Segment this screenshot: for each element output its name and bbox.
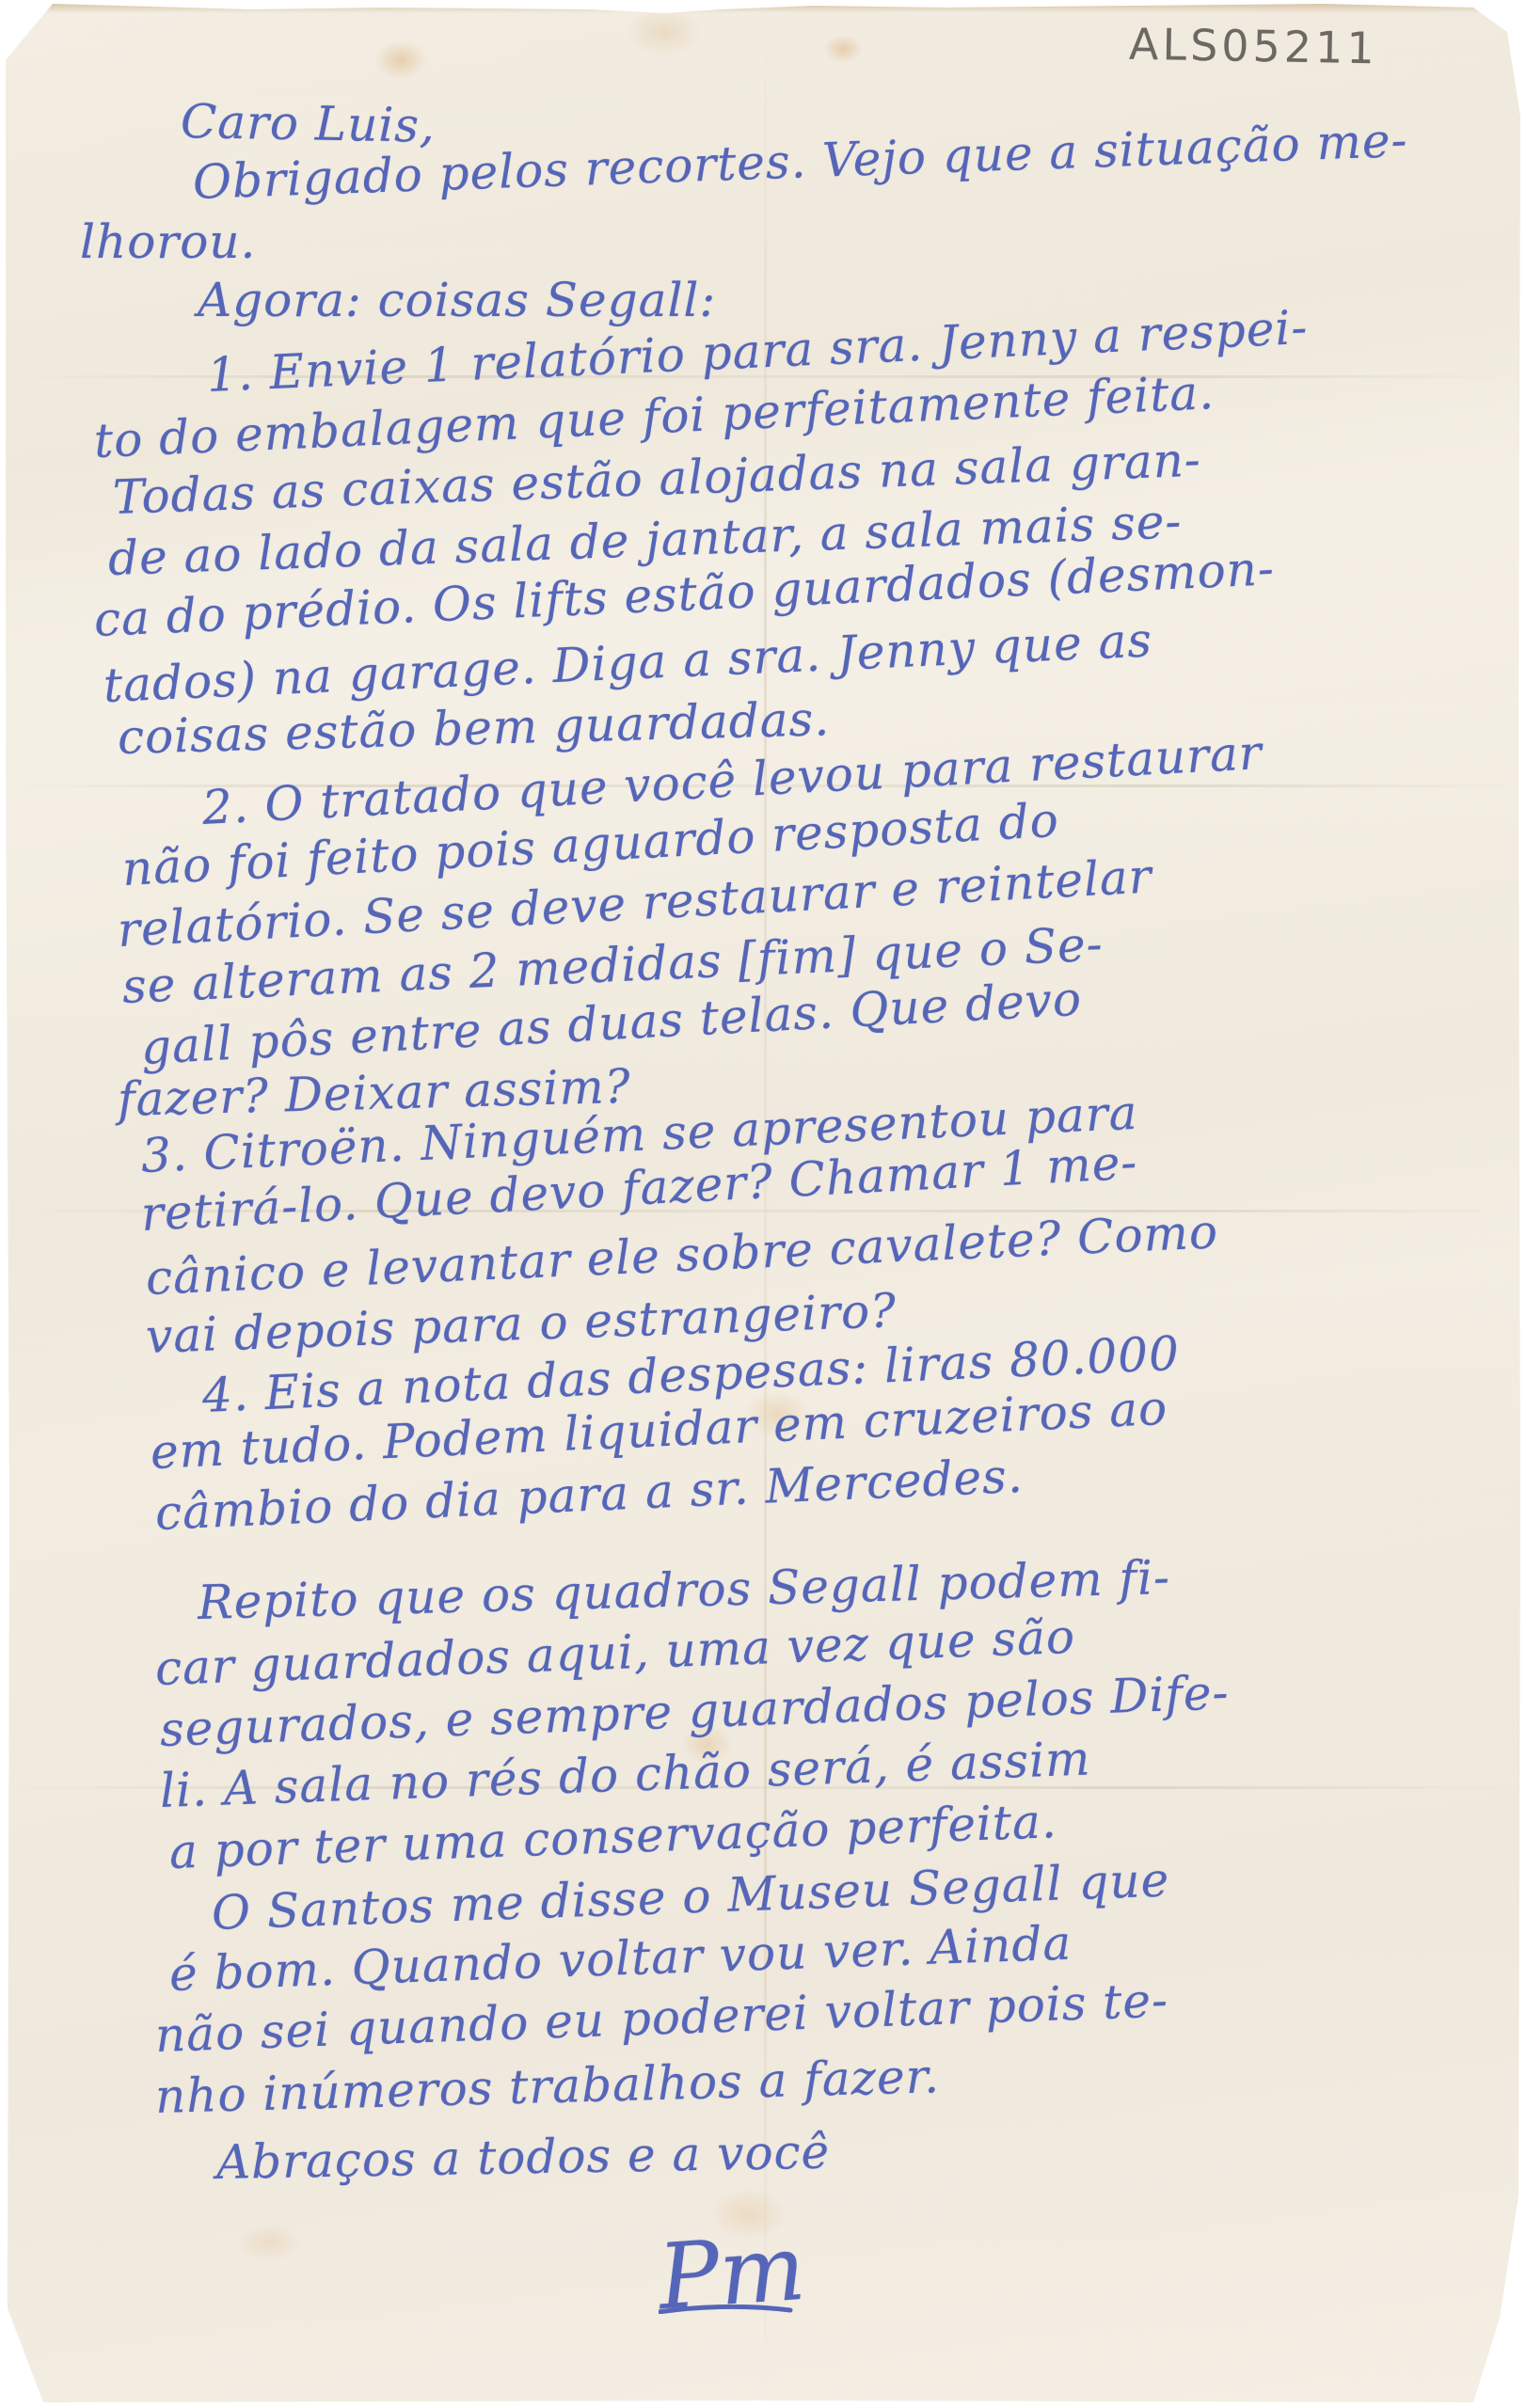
letter-body: Caro Luis, Obrigado pelos recortes. Vejo… <box>0 0 1526 2408</box>
letter-line: lhorou. <box>80 214 256 269</box>
letter-line: Agora: coisas Segall: <box>198 273 716 327</box>
letter-closing: Abraços a todos e a você <box>215 2125 830 2190</box>
letter-salutation: Caro Luis, <box>180 94 436 153</box>
scanned-page: ALS05211 Caro Luis, Obrigado pelos recor… <box>0 0 1526 2408</box>
letter-line: nho inúmeros trabalhos a fazer. <box>154 2049 940 2124</box>
signature-flourish <box>659 2305 847 2314</box>
